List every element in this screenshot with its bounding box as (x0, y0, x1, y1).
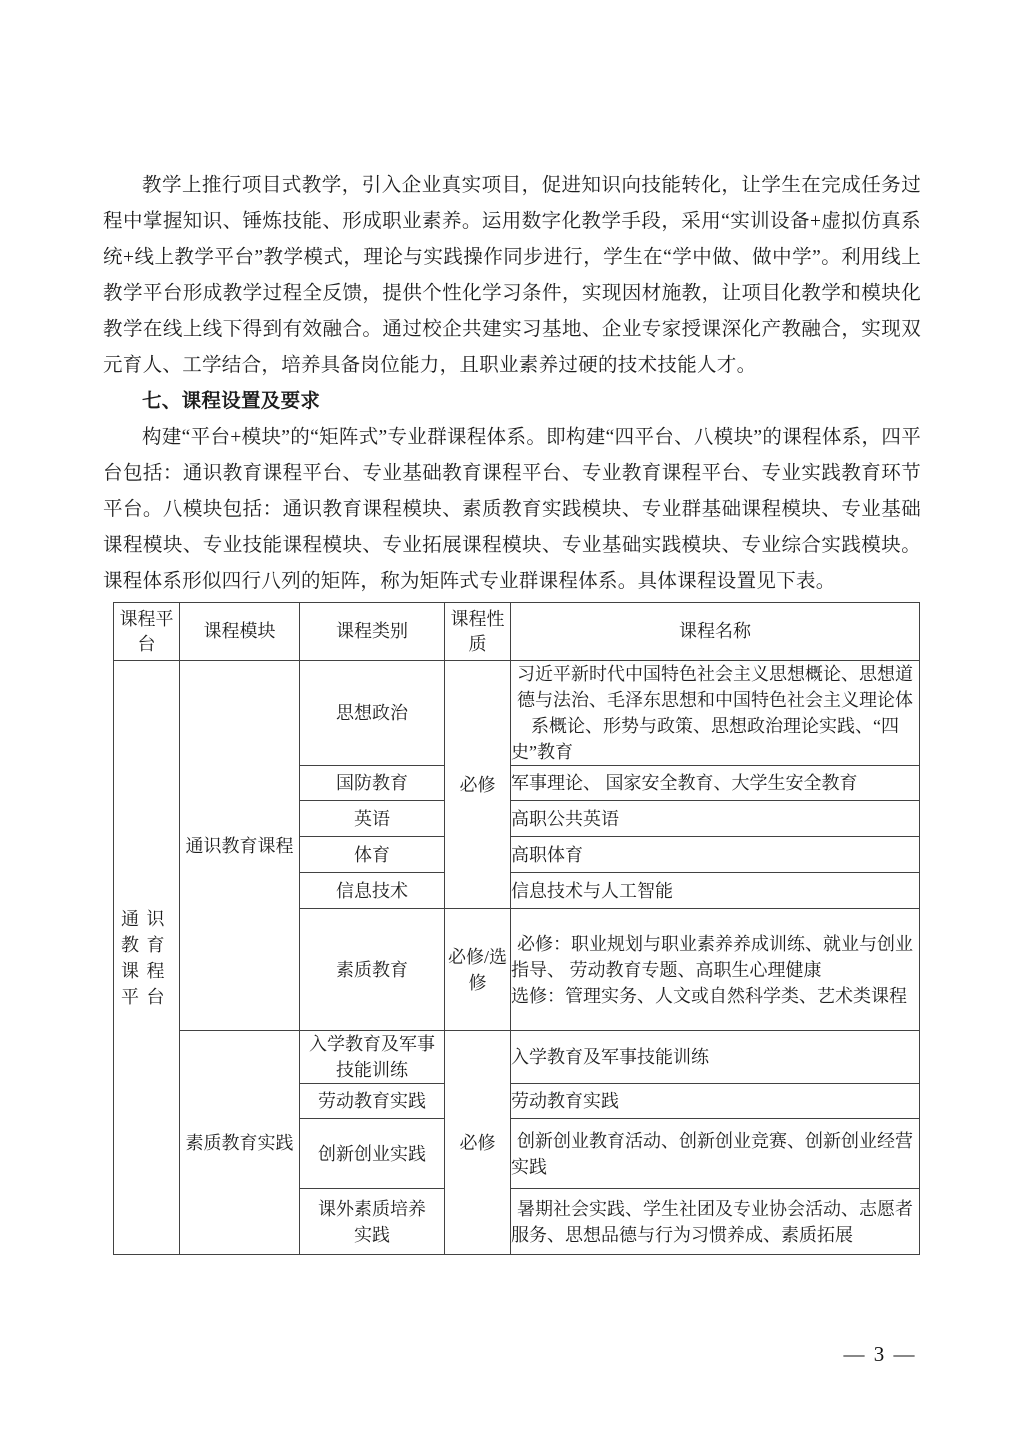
header-course-name: 课程名称 (511, 603, 920, 661)
cell-courses-english: 高职公共英语 (511, 801, 920, 837)
cell-module-general-education: 通识教育课程 (180, 661, 300, 1031)
cell-courses-enrollment: 入学教育及军事技能训练 (511, 1031, 920, 1084)
cell-category-pe: 体育 (300, 837, 445, 873)
cell-courses-innovation: 创新创业教育活动、创新创业竞赛、创新创业经营实践 (511, 1119, 920, 1189)
paragraph-curriculum-system: 构建“平台+模块”的“矩阵式”专业群课程体系。即构建“四平台、八模块”的课程体系… (103, 420, 921, 600)
paragraph-teaching-methods: 教学上推行项目式教学，引入企业真实项目，促进知识向技能转化，让学生在完成任务过程… (103, 168, 921, 384)
cell-courses-labor: 劳动教育实践 (511, 1084, 920, 1119)
curriculum-table: 课程平台 课程模块 课程类别 课程性质 课程名称 通识教育课程平台 通识教育课程… (113, 602, 920, 1255)
cell-courses-ideology: 习近平新时代中国特色社会主义思想概论、思想道德与法治、毛泽东思想和中国特色社会主… (511, 661, 920, 766)
cell-category-enrollment: 入学教育及军事 技能训练 (300, 1031, 445, 1084)
header-course-nature: 课程性质 (445, 603, 511, 661)
cell-nature-mixed: 必修/选修 (445, 909, 511, 1031)
header-course-module: 课程模块 (180, 603, 300, 661)
cell-category-extracurricular: 课外素质培养 实践 (300, 1189, 445, 1255)
cell-module-quality-practice: 素质教育实践 (180, 1031, 300, 1255)
cell-category-ideology: 思想政治 (300, 661, 445, 766)
cell-category-defense: 国防教育 (300, 766, 445, 801)
header-course-platform: 课程平台 (114, 603, 180, 661)
table-row-enrollment-military: 素质教育实践 入学教育及军事 技能训练 必修 入学教育及军事技能训练 (114, 1031, 920, 1084)
cell-category-innovation: 创新创业实践 (300, 1119, 445, 1189)
cell-category-english: 英语 (300, 801, 445, 837)
cell-courses-pe: 高职体育 (511, 837, 920, 873)
cell-courses-quality: 必修：职业规划与职业素养养成训练、就业与创业指导、 劳动教育专题、高职生心理健康… (511, 909, 920, 1031)
cell-courses-extracurricular: 暑期社会实践、学生社团及专业协会活动、志愿者服务、思想品德与行为习惯养成、素质拓… (511, 1189, 920, 1255)
cell-category-it: 信息技术 (300, 873, 445, 909)
table-row-ideology: 通识教育课程平台 通识教育课程 思想政治 必修 习近平新时代中国特色社会主义思想… (114, 661, 920, 766)
section-heading: 七、课程设置及要求 (103, 384, 921, 420)
cell-nature-required-bottom: 必修 (445, 1031, 511, 1255)
header-course-category: 课程类别 (300, 603, 445, 661)
table-header-row: 课程平台 课程模块 课程类别 课程性质 课程名称 (114, 603, 920, 661)
cell-category-quality: 素质教育 (300, 909, 445, 1031)
cell-courses-defense: 军事理论、 国家安全教育、大学生安全教育 (511, 766, 920, 801)
document-page: 教学上推行项目式教学，引入企业真实项目，促进知识向技能转化，让学生在完成任务过程… (0, 0, 1024, 1448)
cell-platform-general-education: 通识教育课程平台 (114, 661, 180, 1255)
cell-category-labor: 劳动教育实践 (300, 1084, 445, 1119)
cell-courses-it: 信息技术与人工智能 (511, 873, 920, 909)
cell-nature-required-top: 必修 (445, 661, 511, 909)
page-number: — 3 — (820, 1342, 940, 1367)
page-content: 教学上推行项目式教学，引入企业真实项目，促进知识向技能转化，让学生在完成任务过程… (103, 168, 921, 1255)
